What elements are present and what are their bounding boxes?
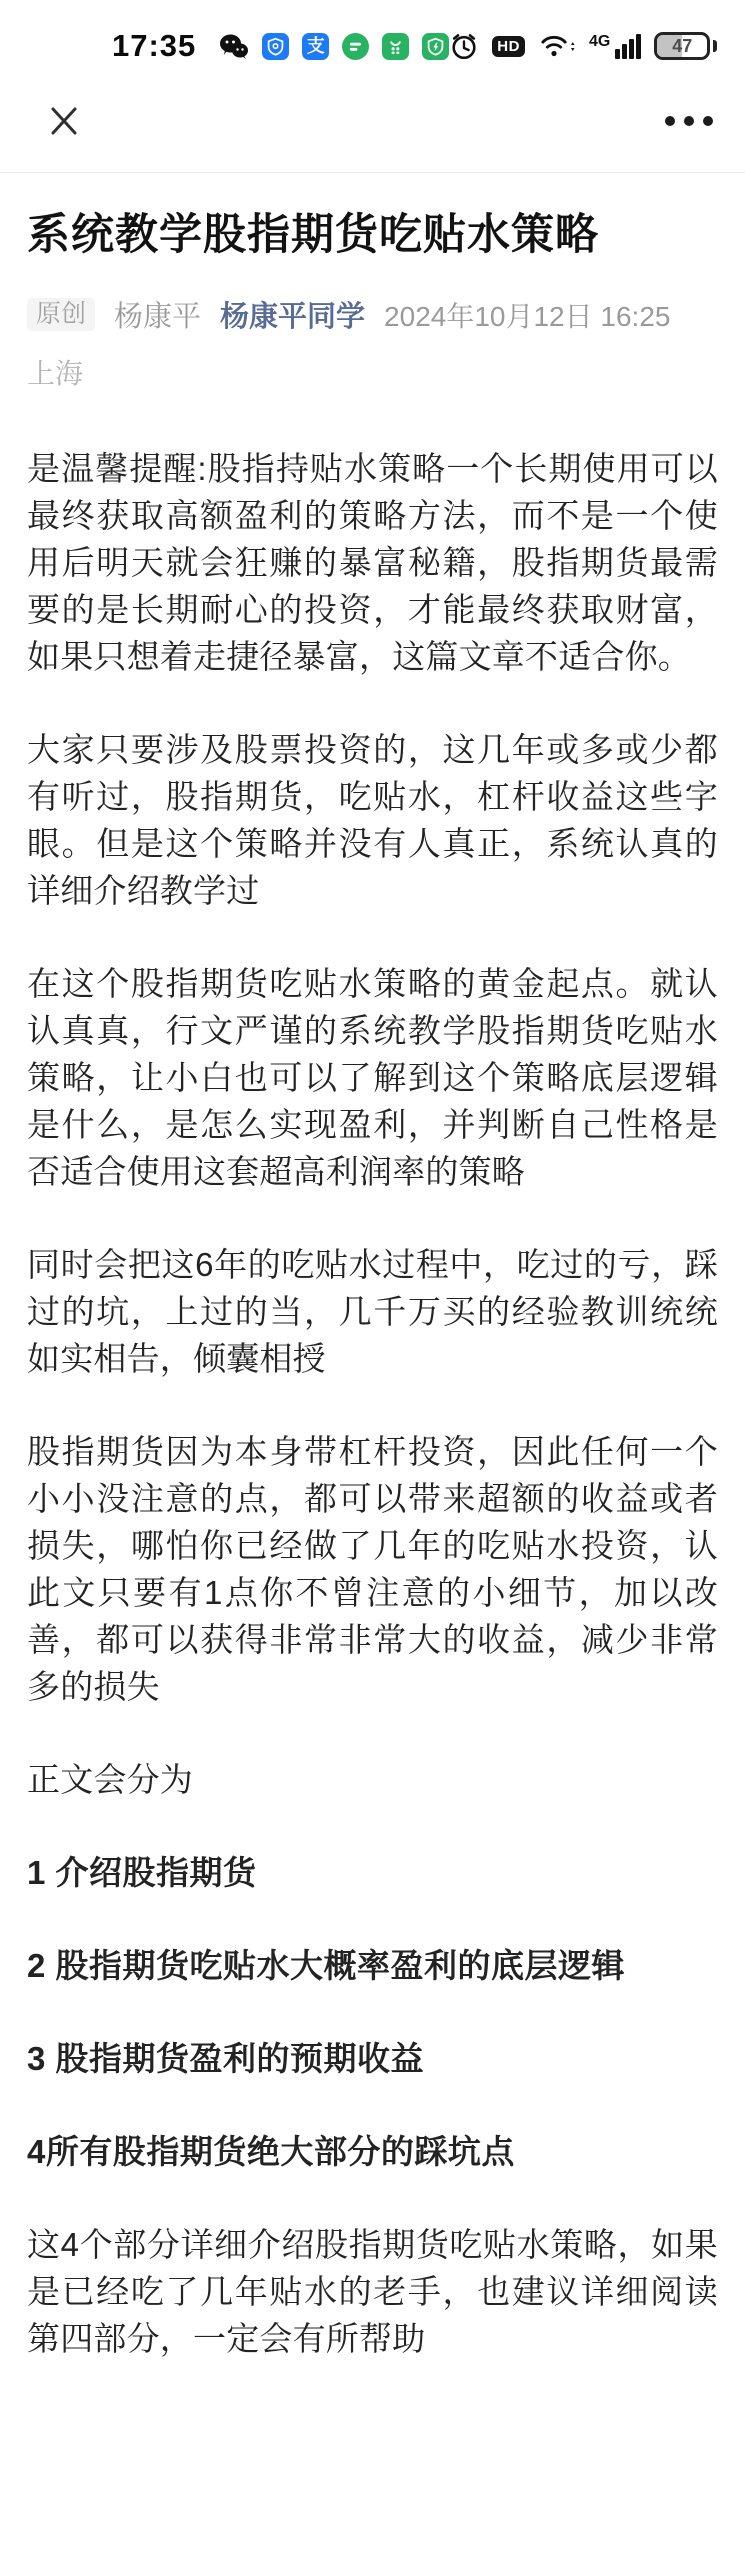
outline-item-3: 3 股指期货盈利的预期收益 bbox=[27, 2035, 718, 2082]
more-dot bbox=[665, 116, 675, 126]
shield-flash-icon bbox=[422, 33, 449, 60]
outline-item-1: 1 介绍股指期货 bbox=[27, 1849, 718, 1896]
closing-paragraph: 这4个部分详细介绍股指期货吃贴水策略，如果是已经吃了几年贴水的老手，也建议详细阅… bbox=[27, 2221, 718, 2362]
signal-bars-icon: 4G bbox=[589, 34, 641, 59]
outline-item-2: 2 股指期货吃贴水大概率盈利的底层逻辑 bbox=[27, 1942, 718, 1989]
signal-bar-4 bbox=[636, 34, 641, 59]
status-bar-right: HD 4G 4 bbox=[449, 31, 717, 61]
paragraph-5: 股指期货因为本身带杠杆投资，因此任何一个小小没注意的点，都可以带来超额的收益或者… bbox=[27, 1428, 718, 1710]
more-dot bbox=[684, 116, 694, 126]
outline-item-4: 4所有股指期货绝大部分的踩坑点 bbox=[27, 2128, 718, 2175]
close-icon bbox=[45, 102, 83, 140]
publish-date: 2024年10月12日 16:25 bbox=[384, 295, 670, 335]
paragraph-2: 大家只要涉及股票投资的，这几年或多或少都有听过，股指期货，吃贴水，杠杆收益这些字… bbox=[27, 726, 718, 914]
battery-indicator: 47 bbox=[654, 32, 710, 60]
publish-location: 上海 bbox=[27, 352, 718, 392]
article-title: 系统教学股指期货吃贴水策略 bbox=[27, 206, 718, 264]
messages-icon bbox=[342, 33, 369, 60]
store-icon bbox=[382, 33, 409, 60]
signal-bar-3 bbox=[629, 39, 634, 59]
battery-percent: 47 bbox=[672, 36, 692, 57]
original-badge: 原创 bbox=[27, 298, 95, 331]
signal-bar-2 bbox=[622, 44, 627, 59]
wechat-article-page: 17:35 bbox=[0, 0, 745, 2560]
byline: 原创 杨康平 杨康平同学 2024年10月12日 16:25 bbox=[27, 294, 718, 335]
status-bar-left: 17:35 bbox=[112, 28, 449, 64]
wechat-icon bbox=[219, 33, 249, 60]
nav-bar bbox=[0, 78, 745, 173]
wifi-icon bbox=[538, 32, 576, 60]
signal-bar-1 bbox=[615, 49, 620, 59]
security-shield-icon bbox=[262, 33, 289, 60]
battery-nub bbox=[713, 40, 717, 52]
account-link[interactable]: 杨康平同学 bbox=[220, 294, 365, 335]
status-bar: 17:35 bbox=[0, 0, 745, 78]
article: 系统教学股指期货吃贴水策略 原创 杨康平 杨康平同学 2024年10月12日 1… bbox=[0, 206, 745, 2362]
alipay-icon: 支 bbox=[302, 33, 329, 60]
outline-intro: 正文会分为 bbox=[27, 1756, 718, 1803]
network-type-label: 4G bbox=[589, 33, 610, 51]
paragraph-3: 在这个股指期货吃贴水策略的黄金起点。就认认真真，行文严谨的系统教学股指期货吃贴水… bbox=[27, 960, 718, 1195]
more-dot bbox=[703, 116, 713, 126]
close-button[interactable] bbox=[42, 99, 86, 143]
author-name: 杨康平 bbox=[114, 294, 201, 335]
alipay-glyph: 支 bbox=[307, 37, 325, 55]
more-menu-button[interactable] bbox=[661, 106, 717, 136]
paragraph-4: 同时会把这6年的吃贴水过程中，吃过的亏，踩过的坑，上过的当，几千万买的经验教训统… bbox=[27, 1241, 718, 1382]
alarm-clock-icon bbox=[449, 31, 479, 61]
article-body: 是温馨提醒:股指持贴水策略一个长期使用可以最终获取高额盈利的策略方法，而不是一个… bbox=[27, 445, 718, 2362]
hd-badge: HD bbox=[492, 36, 525, 57]
paragraph-1: 是温馨提醒:股指持贴水策略一个长期使用可以最终获取高额盈利的策略方法，而不是一个… bbox=[27, 445, 718, 680]
clock-time: 17:35 bbox=[112, 28, 196, 64]
